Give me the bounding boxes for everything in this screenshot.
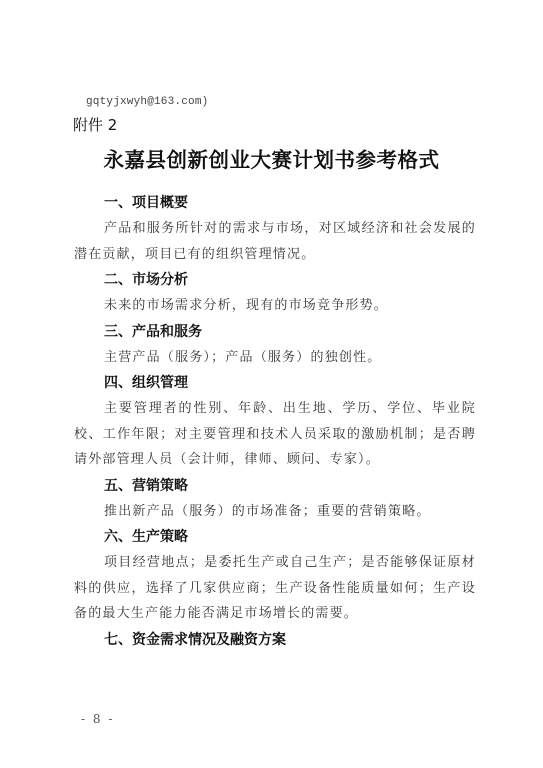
section-heading-overview: 一、项目概要 bbox=[74, 190, 476, 216]
section-heading-production: 六、生产策略 bbox=[74, 524, 476, 550]
section-body-products-services: 主营产品（服务）；产品（服务）的独创性。 bbox=[74, 345, 476, 371]
section-body-organization: 主要管理者的性别、年龄、出生地、学历、学位、毕业院校、工作年限；对主要管理和技术… bbox=[74, 396, 476, 473]
section-heading-products-services: 三、产品和服务 bbox=[74, 319, 476, 345]
section-body-marketing: 推出新产品（服务）的市场准备；重要的营销策略。 bbox=[74, 499, 476, 525]
email-fragment: gqtyjxwyh@163.com) bbox=[86, 96, 208, 108]
document-body: 一、项目概要 产品和服务所针对的需求与市场，对区域经济和社会发展的潜在贡献，项目… bbox=[74, 190, 476, 653]
section-body-overview: 产品和服务所针对的需求与市场，对区域经济和社会发展的潜在贡献，项目已有的组织管理… bbox=[74, 216, 476, 267]
document-title: 永嘉县创新创业大赛计划书参考格式 bbox=[0, 143, 543, 173]
section-heading-funding: 七、资金需求情况及融资方案 bbox=[74, 627, 476, 653]
attachment-label: 附件 2 bbox=[73, 114, 117, 135]
section-heading-organization: 四、组织管理 bbox=[74, 370, 476, 396]
document-page: gqtyjxwyh@163.com) 附件 2 永嘉县创新创业大赛计划书参考格式… bbox=[0, 0, 543, 768]
section-body-market-analysis: 未来的市场需求分析，现有的市场竞争形势。 bbox=[74, 293, 476, 319]
section-heading-marketing: 五、营销策略 bbox=[74, 473, 476, 499]
section-body-production: 项目经营地点；是委托生产或自己生产；是否能够保证原材料的供应，选择了几家供应商；… bbox=[74, 550, 476, 627]
page-number: - 8 - bbox=[81, 712, 114, 726]
section-heading-market-analysis: 二、市场分析 bbox=[74, 267, 476, 293]
